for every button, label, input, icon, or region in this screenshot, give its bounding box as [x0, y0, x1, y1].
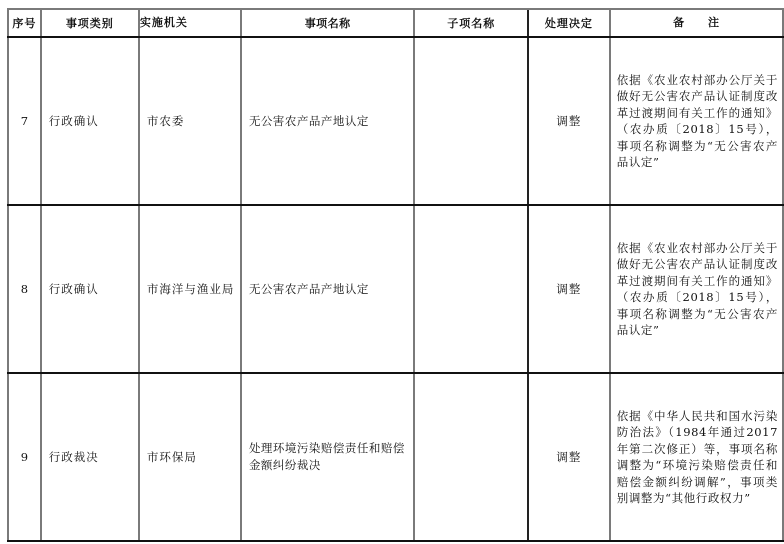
header-sub: 子项名称	[414, 9, 528, 37]
cell-type: 行政确认	[41, 37, 139, 205]
header-type: 事项类别	[41, 9, 139, 37]
cell-org: 市海洋与渔业局	[139, 205, 241, 373]
header-note: 备 注	[610, 9, 783, 37]
cell-decision: 调整	[528, 37, 610, 205]
cell-type: 行政裁决	[41, 373, 139, 541]
cell-sub	[414, 205, 528, 373]
cell-note: 依据《农业农村部办公厅关于做好无公害农产品认证制度改革过渡期间有关工作的通知》（…	[610, 205, 783, 373]
header-decision: 处理决定	[528, 9, 610, 37]
adjustment-table: 序号 事项类别 实施机关 事项名称 子项名称 处理决定 备 注 7 行政确认 市…	[7, 8, 784, 542]
cell-sub	[414, 373, 528, 541]
cell-type: 行政确认	[41, 205, 139, 373]
cell-note: 依据《中华人民共和国水污染防治法》（1984年通过2017年第二次修正）等，事项…	[610, 373, 783, 541]
cell-sub	[414, 37, 528, 205]
cell-note: 依据《农业农村部办公厅关于做好无公害农产品认证制度改革过渡期间有关工作的通知》（…	[610, 37, 783, 205]
cell-name: 无公害农产品产地认定	[241, 205, 415, 373]
cell-no: 8	[8, 205, 41, 373]
cell-no: 9	[8, 373, 41, 541]
header-name: 事项名称	[241, 9, 415, 37]
header-no: 序号	[8, 9, 41, 37]
cell-name: 处理环境污染赔偿责任和赔偿金额纠纷裁决	[241, 373, 415, 541]
table-row: 9 行政裁决 市环保局 处理环境污染赔偿责任和赔偿金额纠纷裁决 调整 依据《中华…	[8, 373, 783, 541]
cell-org: 市环保局	[139, 373, 241, 541]
table-row: 8 行政确认 市海洋与渔业局 无公害农产品产地认定 调整 依据《农业农村部办公厅…	[8, 205, 783, 373]
header-row: 序号 事项类别 实施机关 事项名称 子项名称 处理决定 备 注	[8, 9, 783, 37]
cell-name: 无公害农产品产地认定	[241, 37, 415, 205]
cell-org: 市农委	[139, 37, 241, 205]
cell-decision: 调整	[528, 205, 610, 373]
cell-no: 7	[8, 37, 41, 205]
table-row: 7 行政确认 市农委 无公害农产品产地认定 调整 依据《农业农村部办公厅关于做好…	[8, 37, 783, 205]
cell-decision: 调整	[528, 373, 610, 541]
header-org: 实施机关	[139, 9, 241, 37]
